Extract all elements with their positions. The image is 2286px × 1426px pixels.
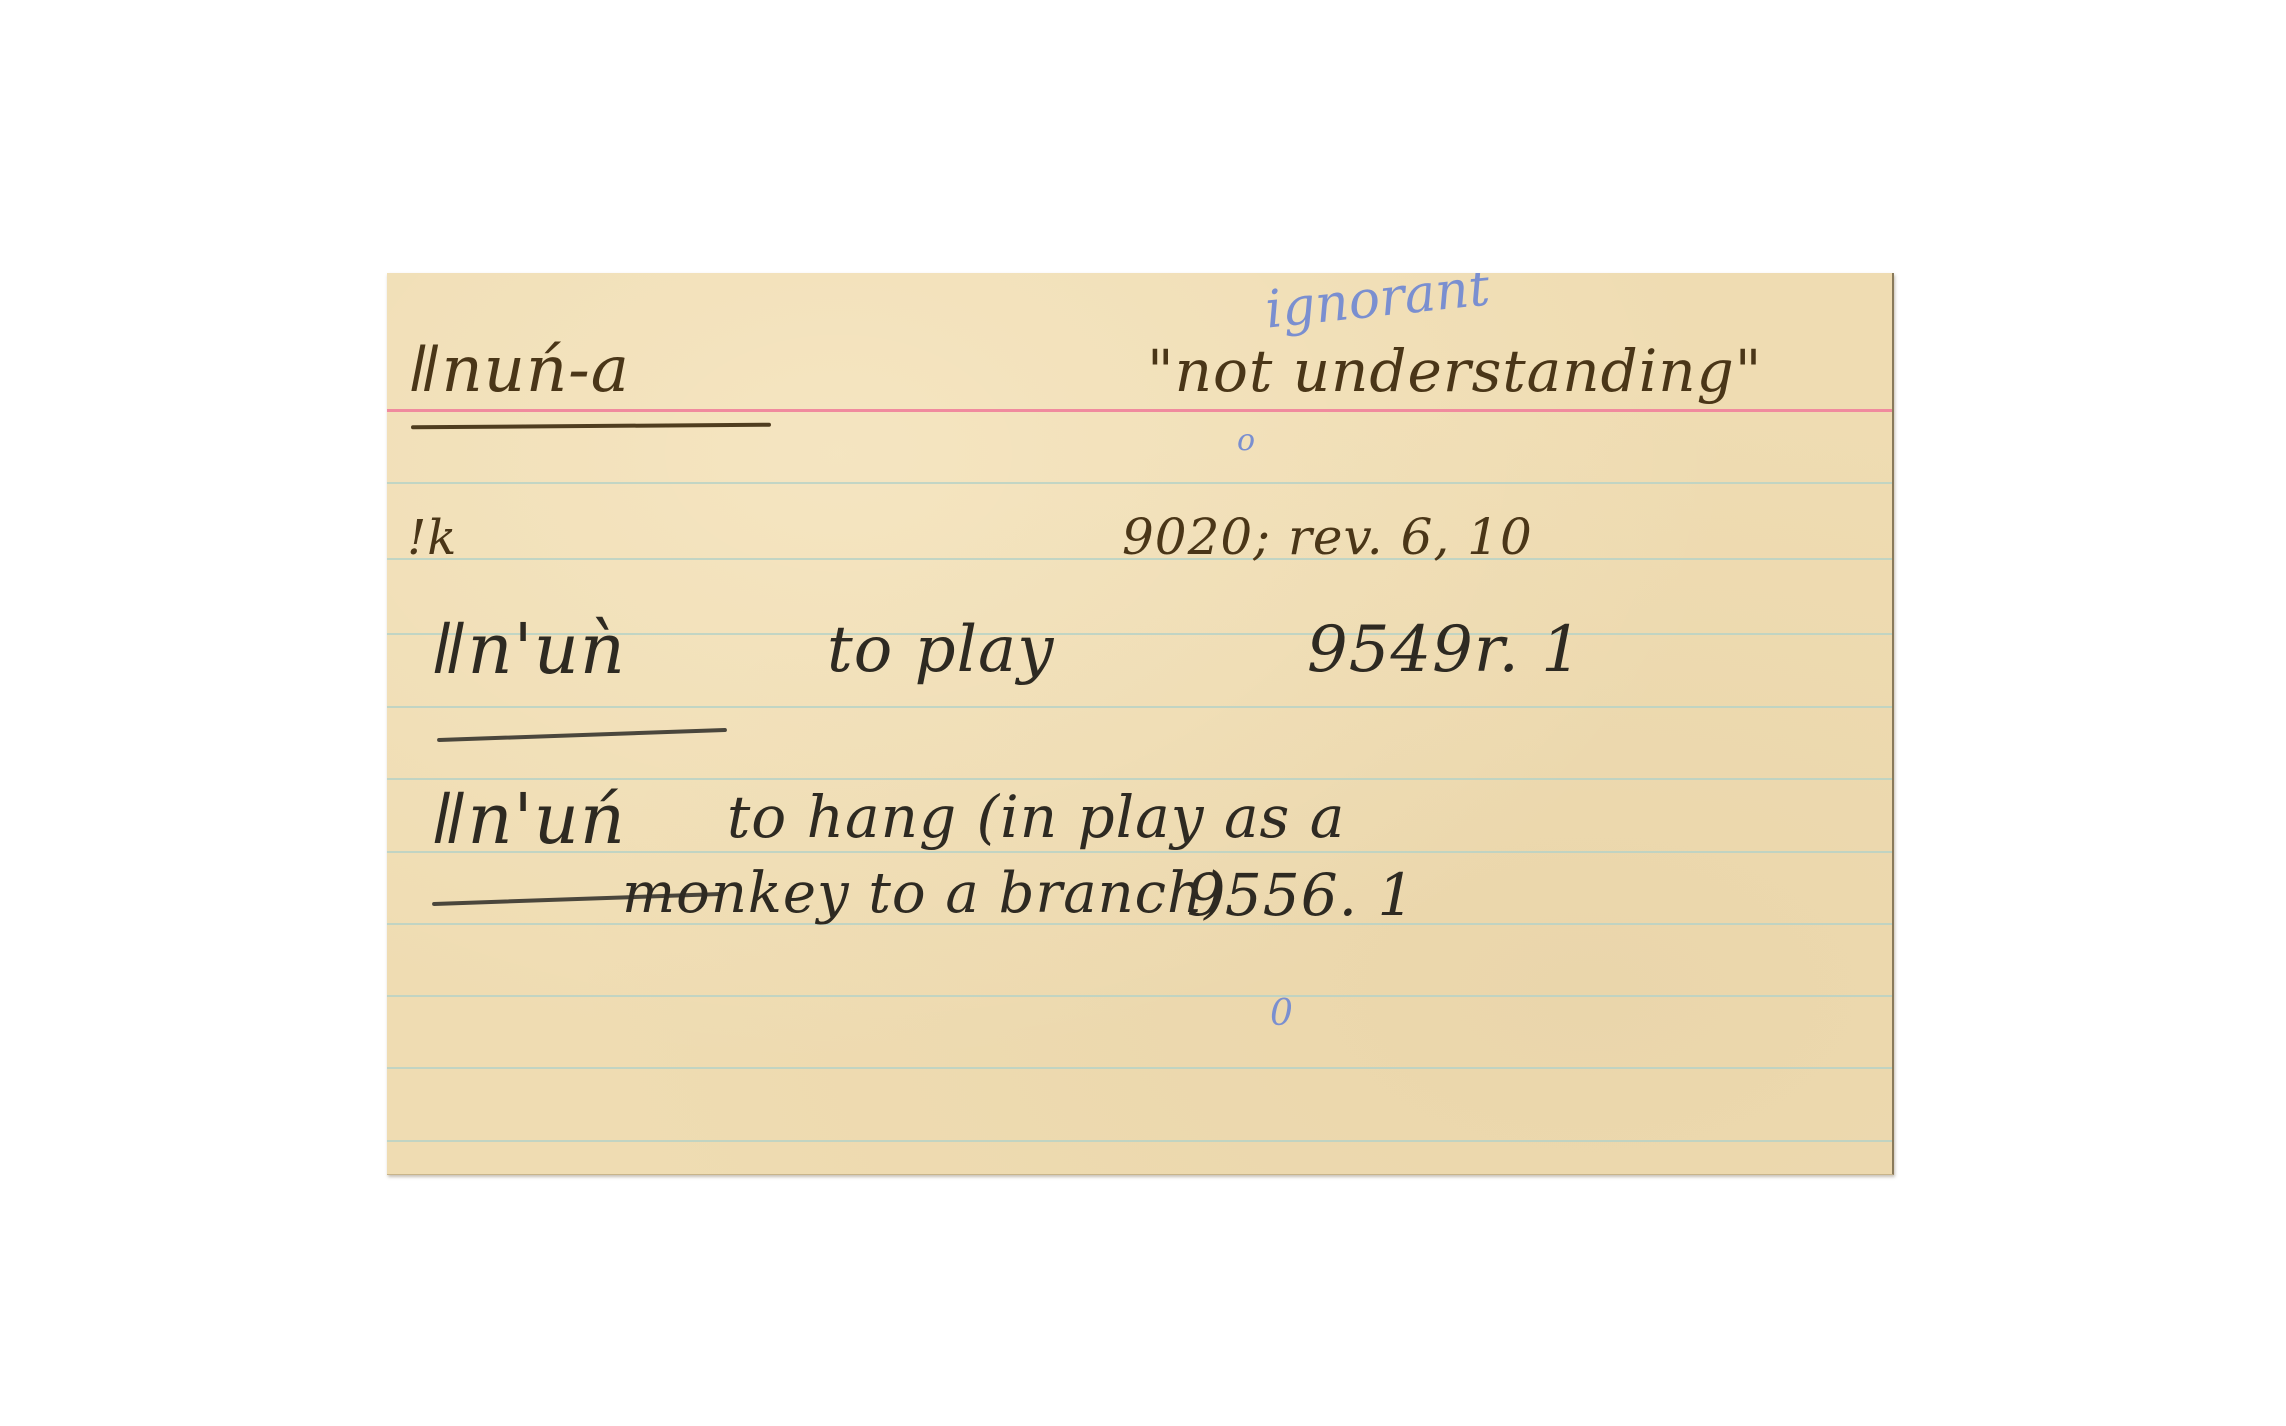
annotation-mark: o xyxy=(1237,423,1255,458)
header-reference: 9020; rev. 6, 10 xyxy=(1122,508,1533,566)
index-card: ǁnuń-a ignorant "not understanding" o !k… xyxy=(387,273,1894,1175)
entry-reference: 9556. 1 xyxy=(1187,861,1415,929)
footer-mark: 0 xyxy=(1270,993,1293,1034)
entry-reference: 9549r. 1 xyxy=(1307,613,1583,687)
red-header-rule xyxy=(387,409,1892,412)
blue-rule xyxy=(387,706,1892,708)
entry-gloss-line2: monkey to a branch) xyxy=(622,861,1227,926)
blue-rule xyxy=(387,482,1892,484)
entry-gloss: to play xyxy=(827,613,1054,687)
entry-term: ǁn'uǹ xyxy=(432,608,626,690)
headword-underline xyxy=(411,423,771,430)
header-gloss: "not understanding" xyxy=(1147,337,1762,405)
blue-rule xyxy=(387,1140,1892,1142)
margin-mark: !k xyxy=(407,510,457,566)
blue-rule xyxy=(387,995,1892,997)
entry-gloss-line1: to hang (in play as a xyxy=(727,783,1345,851)
entry-term-underline xyxy=(437,728,727,742)
blue-rule xyxy=(387,1067,1892,1069)
headword: ǁnuń-a xyxy=(409,333,630,407)
annotation-pencil: ignorant xyxy=(1262,273,1492,341)
entry-term: ǁn'uń xyxy=(432,778,626,860)
